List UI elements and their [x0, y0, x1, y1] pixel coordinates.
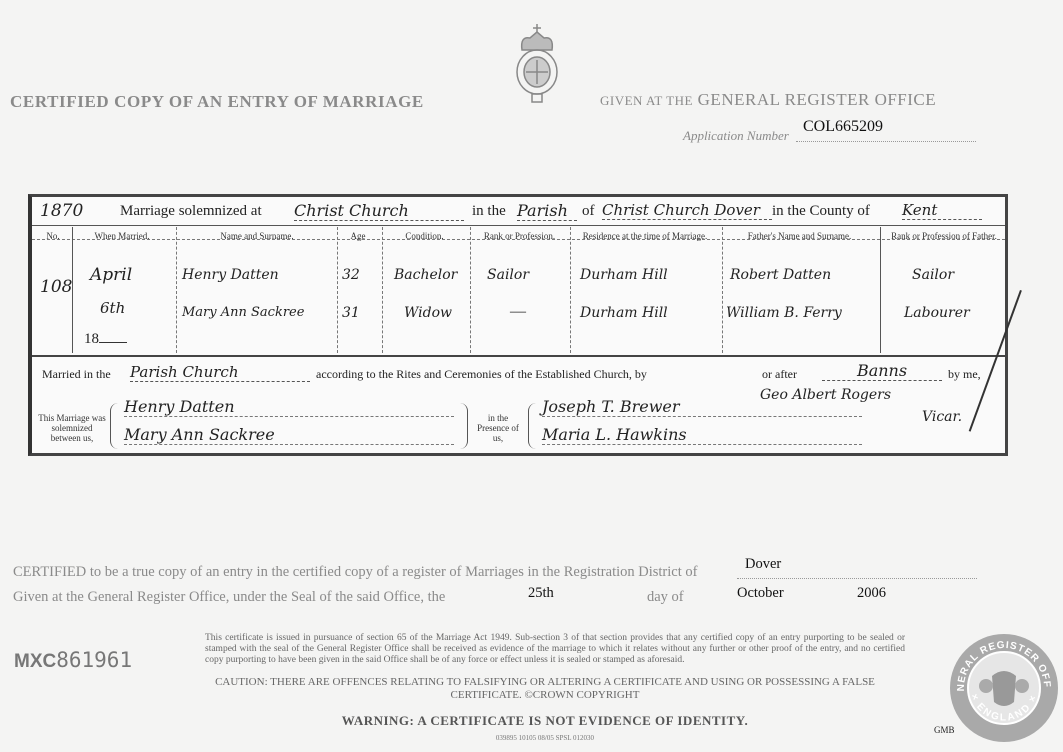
col-header-residence: Residence at the time of Marriage. [570, 231, 720, 241]
rites-text: according to the Rites and Ceremonies of… [316, 367, 647, 382]
col-header-when: When Married. [72, 231, 172, 241]
col-header-father: Father's Name and Surname. [722, 231, 877, 241]
entry-number: 108 [40, 277, 72, 297]
by-me-label: by me, [948, 367, 981, 382]
groom-age: 32 [342, 267, 360, 283]
day-of-label: day of [647, 589, 684, 606]
application-number-line [796, 141, 976, 142]
county-label: in the County of [772, 203, 870, 220]
register-entry: 1870 Marriage solemnized at Christ Churc… [28, 194, 1008, 456]
given-at-statement: Given at the General Register Office, un… [13, 589, 445, 606]
married-in-label: Married in the [42, 367, 111, 382]
groom-father-rank: Sailor [912, 267, 954, 283]
certificate-title: CERTIFIED COPY OF AN ENTRY OF MARRIAGE [10, 92, 424, 112]
cert-day: 25th [528, 585, 554, 602]
in-the-value: Parish [517, 201, 577, 221]
given-at-office: GENERAL REGISTER OFFICE [698, 90, 937, 109]
serial-number: MXC861961 [14, 648, 132, 673]
print-code: 039895 10105 08/05 SPSL 012030 [190, 734, 900, 742]
bride-age: 31 [342, 305, 360, 321]
solemnized-label: Marriage solemnized at [120, 203, 262, 220]
gro-seal-icon: GENERAL REGISTER OFFICE × ENGLAND × [948, 632, 1060, 744]
given-at-prefix: Given at the [600, 93, 693, 108]
bride-name: Mary Ann Sackree [182, 305, 304, 320]
caution-notice: CAUTION: THERE ARE OFFENCES RELATING TO … [190, 676, 900, 702]
married-in-value: Parish Church [130, 363, 310, 382]
married-year-prefix: 18 [84, 331, 127, 348]
bride-condition: Widow [404, 305, 452, 321]
cert-month: October [737, 585, 784, 602]
certified-statement: CERTIFIED to be a true copy of an entry … [13, 564, 697, 581]
bride-rank: — [510, 303, 526, 321]
solemnized-between-label: This Marriage was solemnized between us, [36, 413, 108, 443]
col-header-name: Name and Surname. [177, 231, 337, 241]
col-header-age: Age [337, 231, 379, 241]
col-header-rank: Rank or Profession. [472, 231, 567, 241]
royal-crest-icon [512, 22, 562, 104]
officiant-title: Vicar. [922, 409, 962, 425]
county-value: Kent [902, 201, 982, 220]
application-number-value: COL665209 [803, 118, 883, 136]
col-header-father-rank: Rank or Profession of Father. [880, 231, 1008, 241]
witness1-signature: Joseph T. Brewer [542, 397, 862, 417]
witness2-signature: Maria L. Hawkins [542, 425, 862, 445]
col-header-condition: Condition. [382, 231, 467, 241]
issuer-initials: GMB [934, 725, 955, 735]
legal-notice: This certificate is issued in pursuance … [205, 633, 905, 666]
groom-condition: Bachelor [394, 267, 457, 283]
bride-residence: Durham Hill [580, 305, 668, 321]
in-the-label: in the [472, 203, 506, 220]
or-after-label: or after [762, 367, 797, 382]
or-after-value: Banns [822, 361, 942, 381]
spouse1-signature: Henry Datten [124, 397, 454, 417]
presence-label: in the Presence of us, [472, 413, 524, 443]
married-day: 6th [100, 299, 125, 317]
of-label: of [582, 203, 595, 220]
bride-father-rank: Labourer [904, 305, 970, 321]
groom-father: Robert Datten [730, 267, 831, 283]
married-month: April [90, 265, 132, 285]
bride-father: William B. Ferry [726, 305, 842, 321]
spouse2-signature: Mary Ann Sackree [124, 425, 454, 445]
registration-district: Dover [745, 556, 781, 573]
cert-year: 2006 [857, 585, 886, 602]
application-number-label: Application Number [683, 128, 789, 144]
col-header-no: No. [36, 231, 70, 241]
identity-warning: WARNING: A CERTIFICATE IS NOT EVIDENCE O… [190, 713, 900, 729]
district-line [737, 578, 977, 579]
given-at-heading: Given at the GENERAL REGISTER OFFICE [600, 90, 936, 110]
of-value: Christ Church Dover [602, 201, 772, 220]
groom-residence: Durham Hill [580, 267, 668, 283]
solemnized-at-value: Christ Church [294, 201, 464, 221]
register-year: 1870 [40, 201, 83, 221]
groom-name: Henry Datten [182, 267, 279, 283]
groom-rank: Sailor [487, 267, 529, 283]
